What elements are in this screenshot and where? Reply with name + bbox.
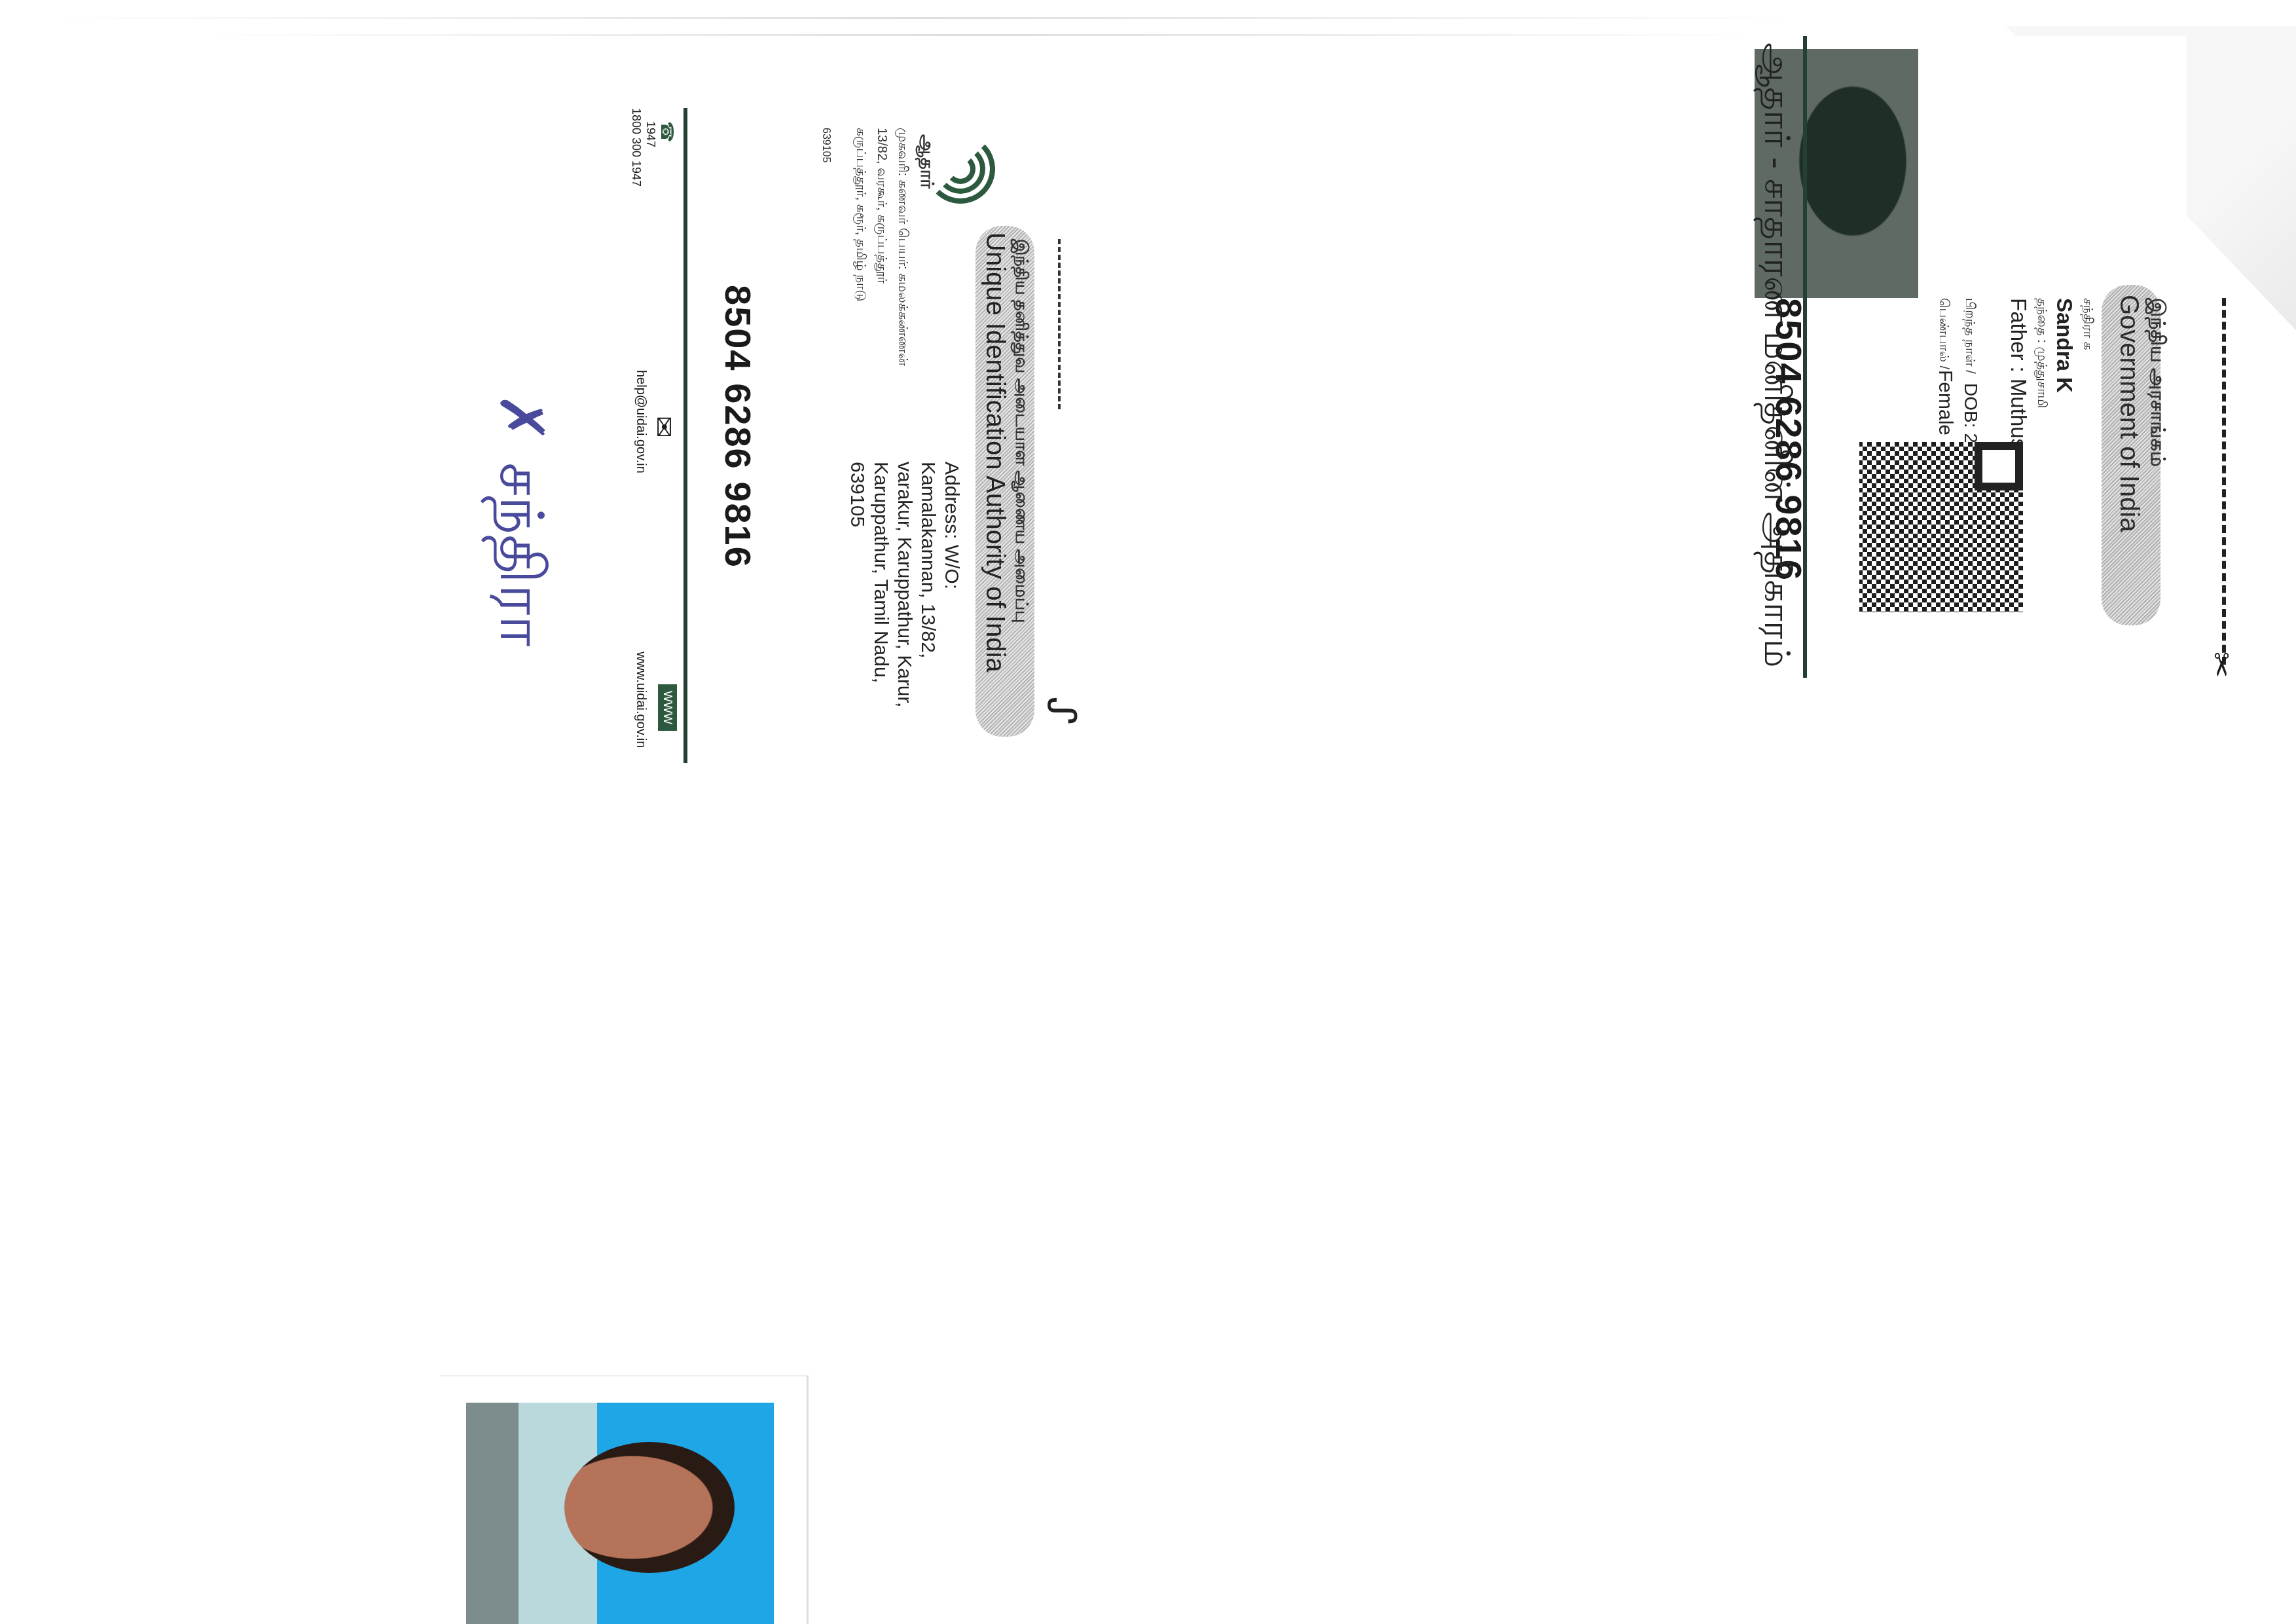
address-english-line: Address: W/O: — [940, 462, 962, 589]
scissors-icon: ✂ — [2202, 652, 2239, 678]
passport-photo — [440, 1375, 809, 1624]
scan-artifact — [196, 34, 1768, 36]
address-tamil-line: கருப்பத்தூர், கரூர், தமிழ் நாடு — [852, 128, 868, 301]
address-english-line: 639105 — [846, 462, 868, 527]
mail-icon: ✉ — [648, 416, 678, 438]
aadhaar-back-card: ஆதார் இந்திய தனித்துவ அடையாள ஆணைய அமைப்ப… — [622, 108, 1041, 763]
cut-line — [2222, 298, 2226, 665]
email: help@uidai.gov.in — [633, 370, 648, 473]
cut-line — [1058, 239, 1061, 409]
address-tamil-line: 639105 — [820, 128, 831, 162]
scan-artifact — [39, 17, 1807, 19]
aadhaar-number: 8504 6286 9816 — [717, 285, 759, 568]
dob-label-tamil: பிறந்த நாள் / — [1961, 298, 1977, 374]
pen-tick-mark: ᔑ — [1038, 697, 1084, 725]
handwritten-signature: ✗ சந்திரா — [458, 393, 563, 681]
phone-short: 1947 — [644, 121, 657, 147]
gender: Female — [1934, 370, 1956, 435]
website: www.uidai.gov.in — [633, 652, 648, 748]
name-tamil: சந்திரா க — [2079, 298, 2095, 350]
address-english-line: Karuppathur, Tamil Nadu, — [869, 462, 892, 683]
gender-label-tamil: பெண்பால் / — [1935, 298, 1951, 369]
father-tamil: தந்தை : முத்துசாமி — [2033, 298, 2049, 408]
address-tamil-line: முகவரி: கணவர் பெயர்: கமலக்கண்ணன் — [894, 128, 910, 366]
header-tamil: இந்திய அரசாங்கம் — [2143, 298, 2168, 467]
www-badge: WWW — [658, 684, 677, 731]
qr-code — [1859, 442, 2023, 612]
header-english: Government of India — [2114, 295, 2143, 532]
logo-text: ஆதார் — [914, 134, 938, 189]
authority-english: Unique Identification Authority of India — [980, 232, 1010, 673]
address-english-line: varakur, Karuppathur, Karur, — [893, 462, 915, 707]
phone-icon: ☎ — [657, 121, 677, 142]
signature-text: ✗ சந்திரா — [478, 393, 556, 646]
phone-full: 1800 300 1947 — [629, 108, 643, 187]
footer-divider — [1803, 36, 1807, 678]
name-english: Sandra K — [2052, 298, 2077, 393]
aadhaar-front-card: ✂ இந்திய அரசாங்கம் Government of India ச… — [1741, 36, 2187, 678]
footer-tagline: ஆதார் - சாதாரண மனிதனின் அதிகாரம் — [1751, 43, 1797, 668]
footer-divider — [683, 108, 687, 763]
address-english-line: Kamalakannan, 13/82, — [917, 462, 939, 658]
authority-tamil: இந்திய தனித்துவ அடையாள ஆணைய அமைப்பு — [1010, 239, 1032, 623]
photo-image — [466, 1403, 774, 1624]
address-tamil-line: 13/82, வரகூர், கருப்பத்தூர் — [873, 128, 889, 284]
